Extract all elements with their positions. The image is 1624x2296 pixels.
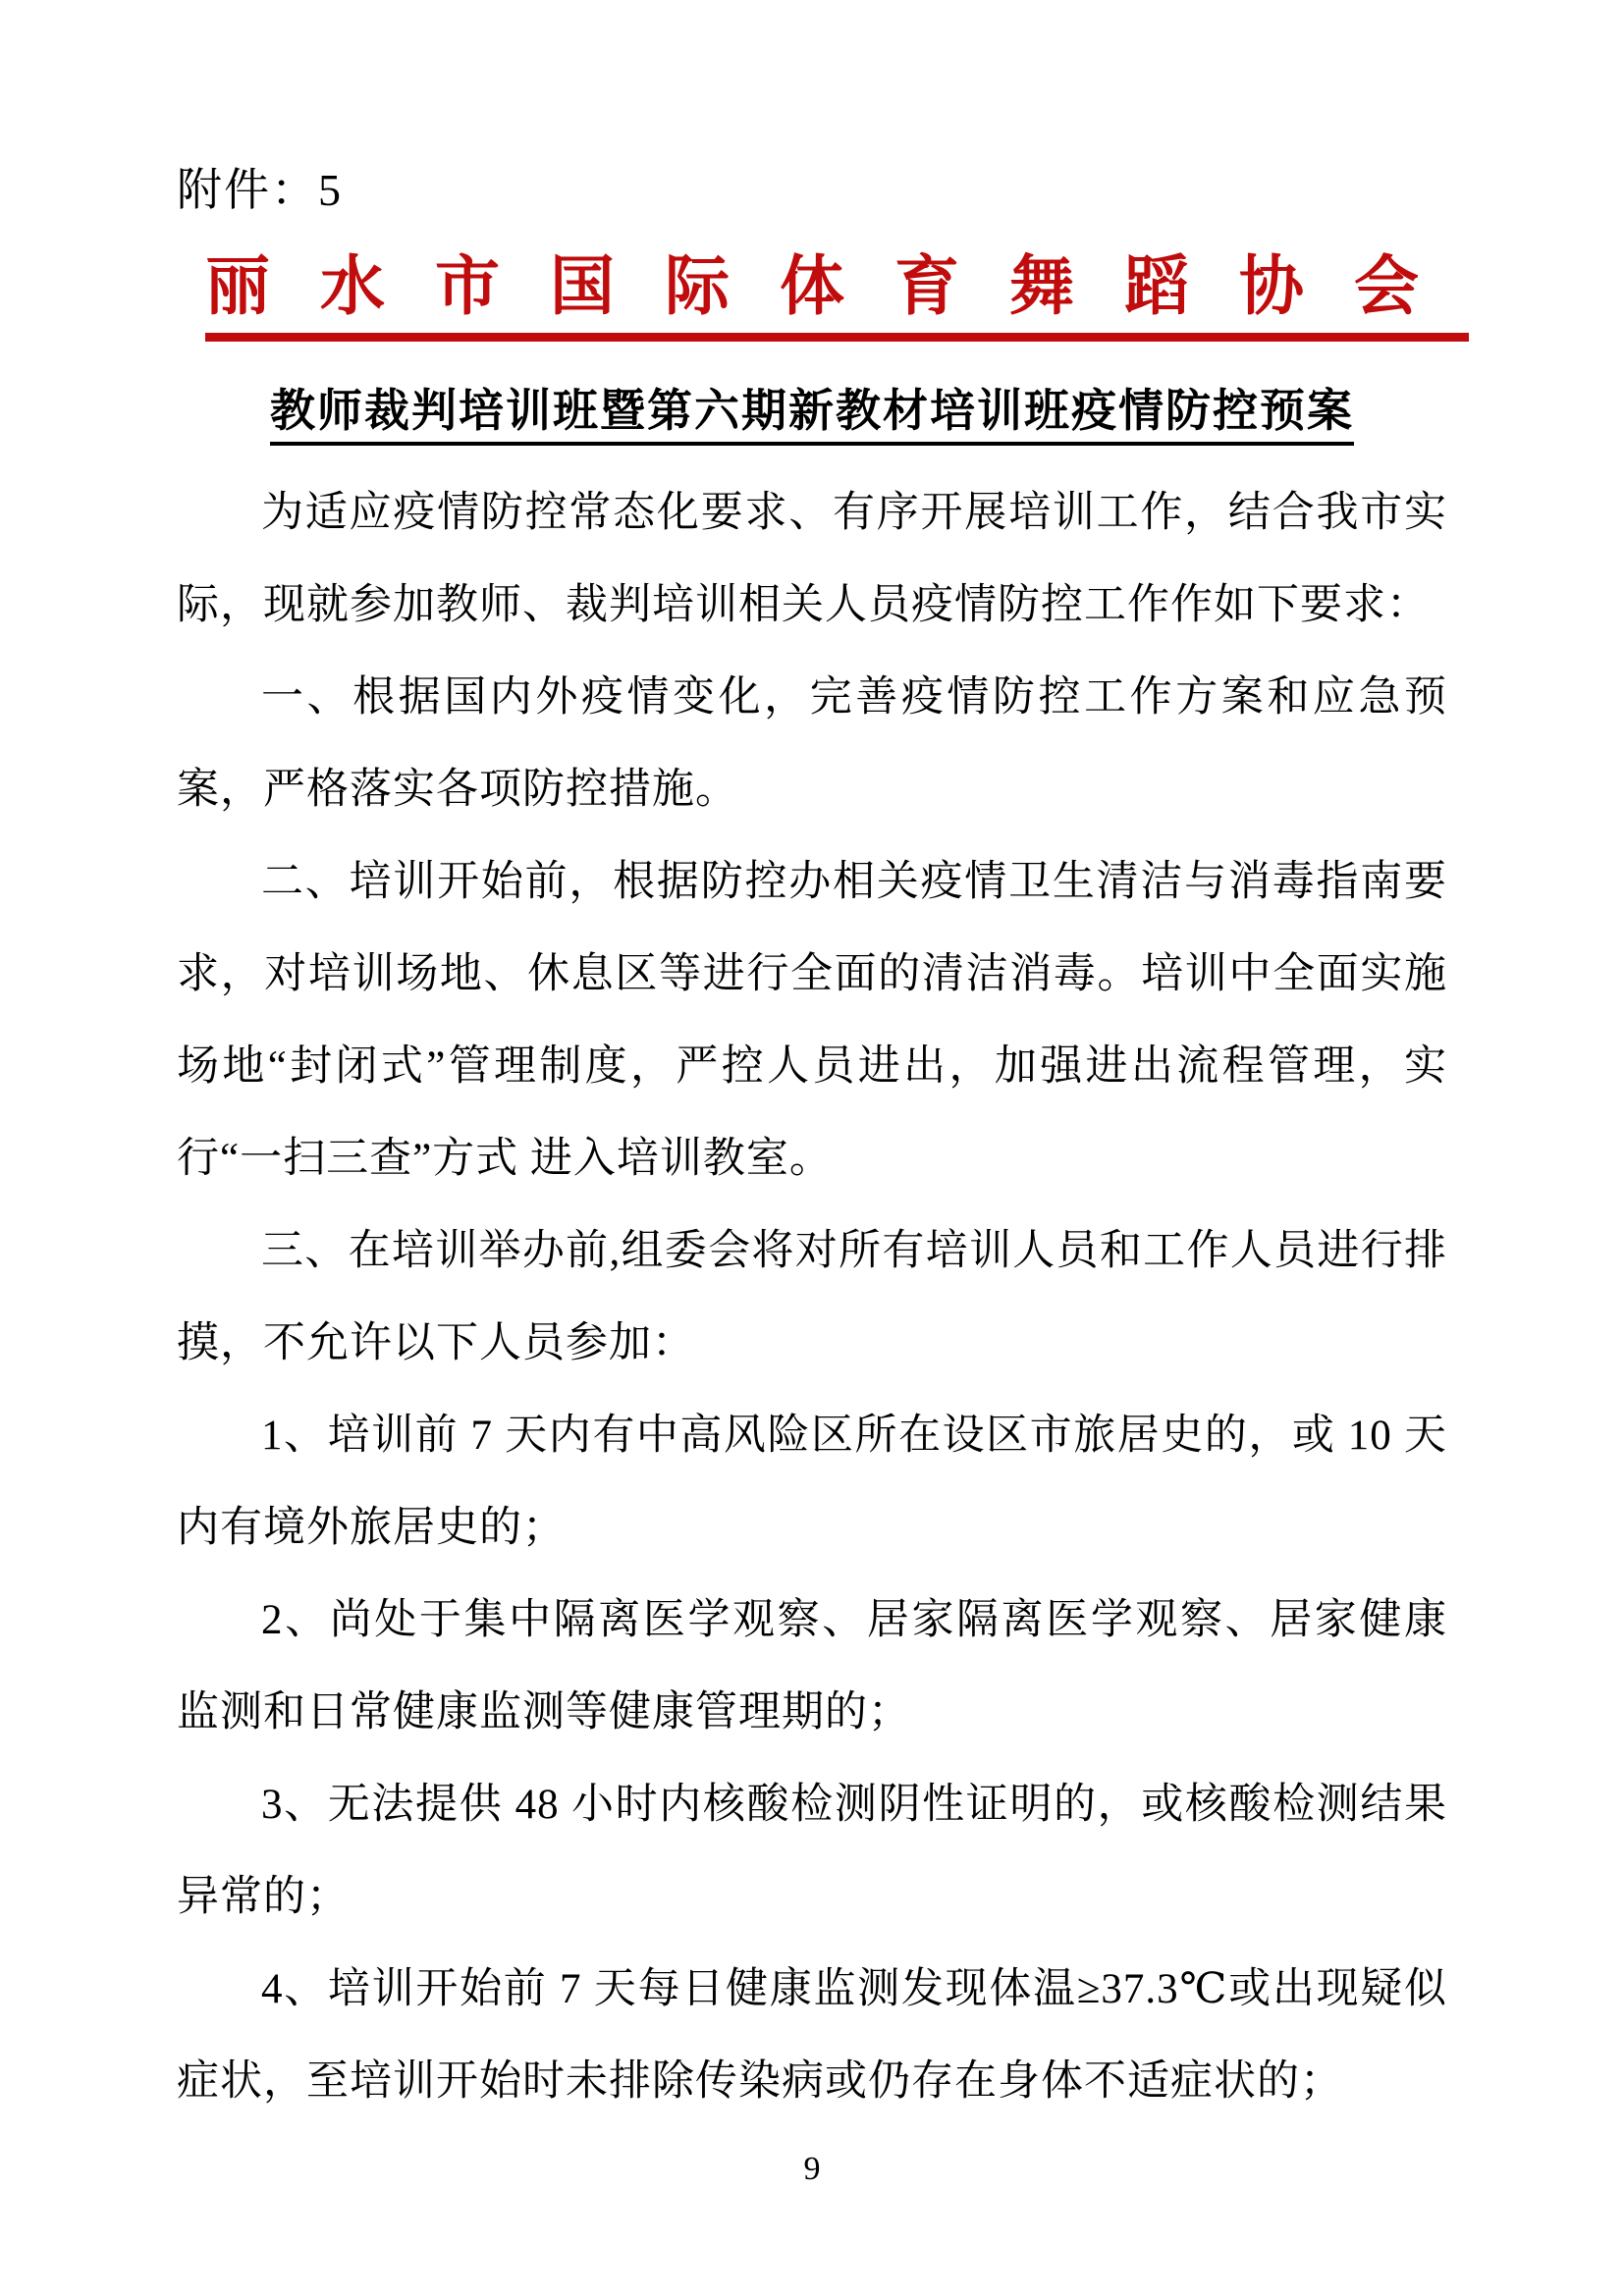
document-body: 为适应疫情防控常态化要求、有序开展培训工作，结合我市实际，现就参加教师、裁判培训… <box>177 467 1447 2128</box>
body-paragraph-item-2: 二、培训开始前，根据防控办相关疫情卫生清洁与消毒指南要求，对培训场地、休息区等进… <box>177 836 1447 1205</box>
attachment-label: 附件：5 <box>177 165 1447 216</box>
body-paragraph-intro: 为适应疫情防控常态化要求、有序开展培训工作，结合我市实际，现就参加教师、裁判培训… <box>177 467 1447 652</box>
body-paragraph-sub-item-4: 4、培训开始前 7 天每日健康监测发现体温≥37.3℃或出现疑似症状，至培训开始… <box>177 1944 1447 2128</box>
body-paragraph-sub-item-2: 2、尚处于集中隔离医学观察、居家隔离医学观察、居家健康监测和日常健康监测等健康管… <box>177 1575 1447 1759</box>
body-paragraph-sub-item-3: 3、无法提供 48 小时内核酸检测阴性证明的，或核酸检测结果异常的； <box>177 1759 1447 1944</box>
body-paragraph-item-3: 三、在培训举办前,组委会将对所有培训人员和工作人员进行排摸，不允许以下人员参加： <box>177 1205 1447 1390</box>
document-page: 附件：5 丽水市国际体育舞蹈协会 教师裁判培训班暨第六期新教材培训班疫情防控预案… <box>0 0 1624 2296</box>
body-paragraph-item-1: 一、根据国内外疫情变化，完善疫情防控工作方案和应急预案，严格落实各项防控措施。 <box>177 652 1447 836</box>
document-subtitle: 教师裁判培训班暨第六期新教材培训班疫情防控预案 <box>270 385 1354 446</box>
title-wrap: 丽水市国际体育舞蹈协会 <box>177 253 1447 342</box>
body-paragraph-sub-item-1: 1、培训前 7 天内有中高风险区所在设区市旅居史的，或 10 天内有境外旅居史的… <box>177 1390 1447 1575</box>
document-content: 附件：5 丽水市国际体育舞蹈协会 教师裁判培训班暨第六期新教材培训班疫情防控预案… <box>0 0 1624 2189</box>
document-title: 丽水市国际体育舞蹈协会 <box>205 253 1469 342</box>
page-number: 9 <box>177 2150 1447 2189</box>
subtitle-wrap: 教师裁判培训班暨第六期新教材培训班疫情防控预案 <box>177 385 1447 446</box>
